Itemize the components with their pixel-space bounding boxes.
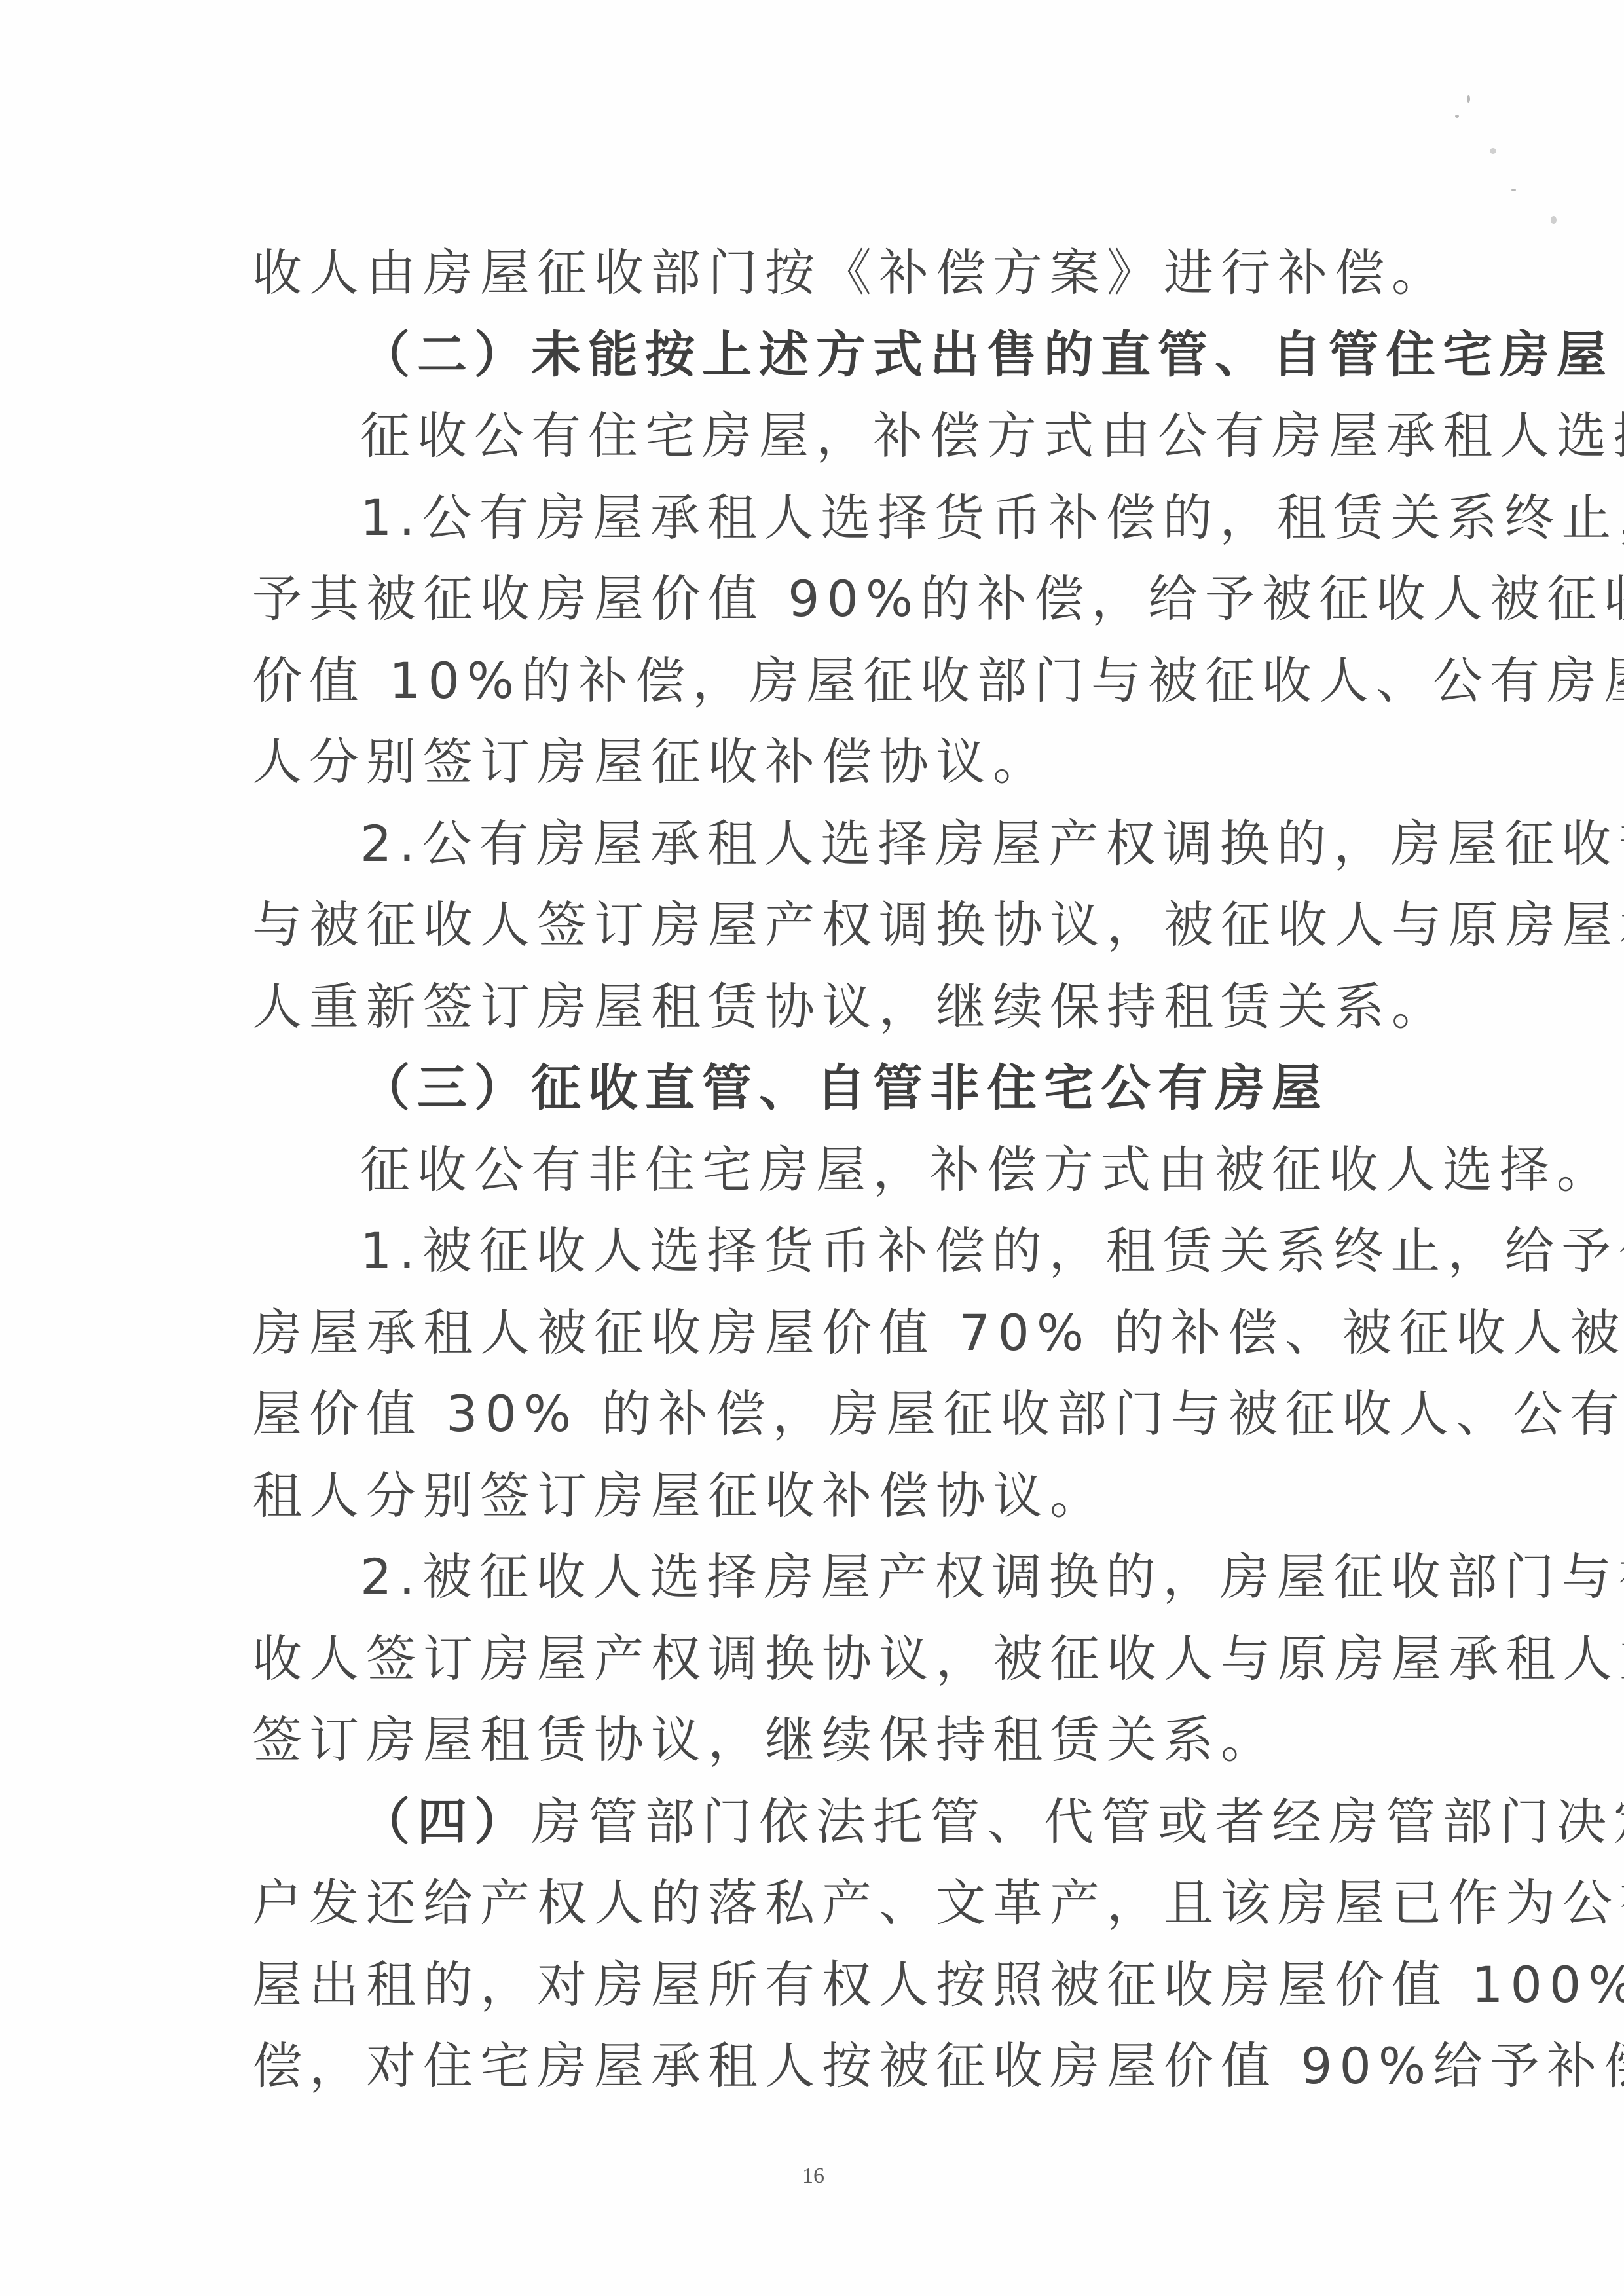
scan-speck	[1551, 216, 1557, 224]
text-line: 屋价值 30% 的补偿，房屋征收部门与被征收人、公有房屋承	[252, 1374, 1372, 1455]
text-line: 收人签订房屋产权调换协议，被征收人与原房屋承租人重新	[252, 1618, 1372, 1700]
text-line: 人重新签订房屋租赁协议，继续保持租赁关系。	[252, 966, 1372, 1048]
text-line: 偿，对住宅房屋承租人按被征收房屋价值 90%给予补偿，对	[252, 2026, 1372, 2107]
section-heading-2: （二）未能按上述方式出售的直管、自管住宅房屋	[252, 314, 1372, 396]
paragraph-line: 1.公有房屋承租人选择货币补偿的，租赁关系终止，给	[252, 477, 1372, 559]
text-line: 租人分别签订房屋征收补偿协议。	[252, 1455, 1372, 1537]
text-line: 收人由房屋征收部门按《补偿方案》进行补偿。	[252, 232, 1372, 314]
paragraph-line: 2.被征收人选择房屋产权调换的，房屋征收部门与被征	[252, 1537, 1372, 1618]
text-line: 价值 10%的补偿，房屋征收部门与被征收人、公有房屋承租	[252, 640, 1372, 722]
section-heading-3: （三）征收直管、自管非住宅公有房屋	[252, 1048, 1372, 1129]
document-body: 收人由房屋征收部门按《补偿方案》进行补偿。 （二）未能按上述方式出售的直管、自管…	[252, 232, 1372, 2107]
paragraph-text: 房管部门依法托管、代管或者经房管部门决定带	[531, 1793, 1624, 1851]
paragraph-line-with-heading: （四）房管部门依法托管、代管或者经房管部门决定带	[252, 1781, 1372, 1863]
text-line: 予其被征收房屋价值 90%的补偿，给予被征收人被征收房屋	[252, 558, 1372, 640]
scan-speck	[1455, 115, 1459, 118]
paragraph-line: 2.公有房屋承租人选择房屋产权调换的，房屋征收部门	[252, 803, 1372, 885]
text-line: 屋出租的，对房屋所有权人按照被征收房屋价值 100%给予补	[252, 1944, 1372, 2026]
scan-speck	[1467, 95, 1470, 103]
paragraph-line: 征收公有非住宅房屋，补偿方式由被征收人选择。	[252, 1129, 1372, 1211]
scan-speck	[1511, 189, 1516, 191]
text-line: 户发还给产权人的落私产、文革产，且该房屋已作为公有房	[252, 1863, 1372, 1944]
text-line: 签订房屋租赁协议，继续保持租赁关系。	[252, 1700, 1372, 1781]
paragraph-line: 征收公有住宅房屋，补偿方式由公有房屋承租人选择。	[252, 395, 1372, 477]
document-page: 收人由房屋征收部门按《补偿方案》进行补偿。 （二）未能按上述方式出售的直管、自管…	[0, 0, 1624, 2296]
text-line: 人分别签订房屋征收补偿协议。	[252, 721, 1372, 803]
text-line: 房屋承租人被征收房屋价值 70% 的补偿、被征收人被征收房	[252, 1292, 1372, 1374]
section-heading-4-label: （四）	[360, 1793, 531, 1851]
page-number: 16	[802, 2164, 824, 2189]
text-line: 与被征收人签订房屋产权调换协议，被征收人与原房屋承租	[252, 884, 1372, 966]
paragraph-line: 1.被征收人选择货币补偿的，租赁关系终止，给予公有	[252, 1211, 1372, 1292]
scan-speck	[1490, 148, 1496, 154]
